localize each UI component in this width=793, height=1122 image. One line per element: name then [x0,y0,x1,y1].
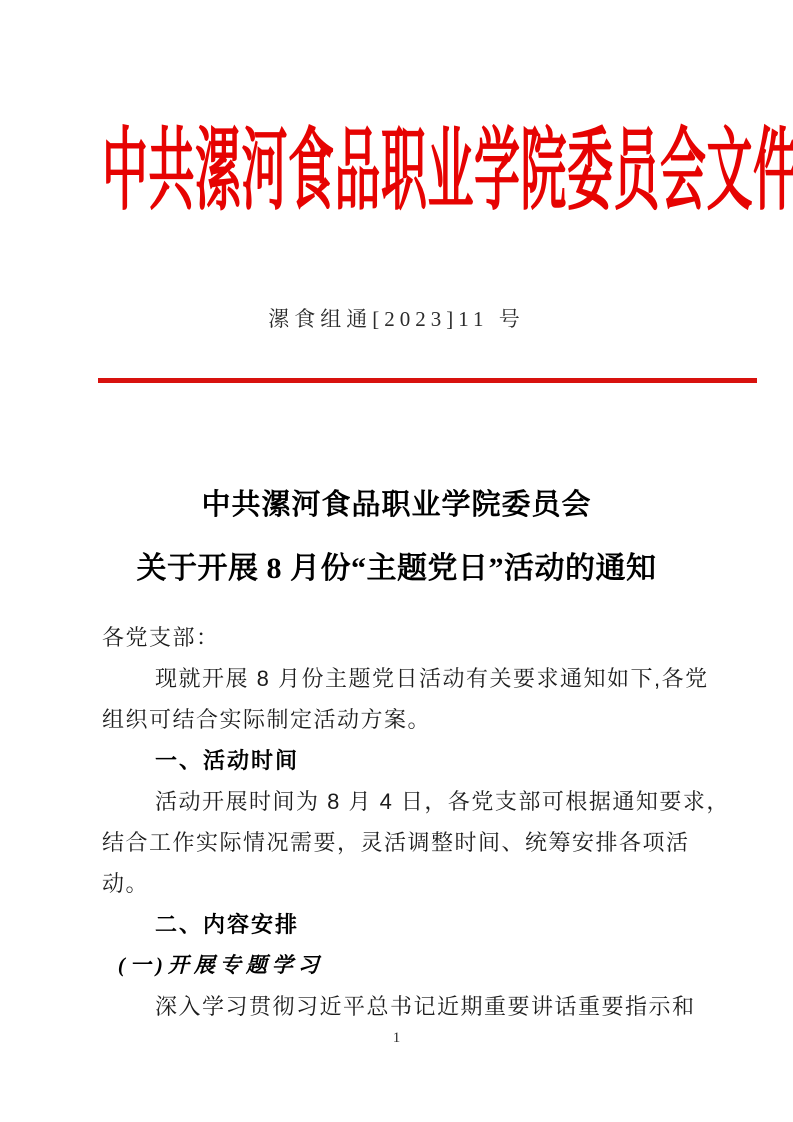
document-title-line2: 关于开展 8 月份“主题党日”活动的通知 [0,543,793,587]
document-page: 中共漯河食品职业学院委员会文件 漯食组通[2023]11 号 中共漯河食品职业学… [0,0,793,1122]
red-divider-rule [98,378,757,383]
body-line: 组织可结合实际制定活动方案。 [102,699,718,740]
body-line: (一)开展专题学习 [102,945,718,986]
document-title-line1: 中共漯河食品职业学院委员会 [0,482,793,523]
body-line: 二、内容安排 [102,904,718,945]
body-line: 活动开展时间为 8 月 4 日，各党支部可根据通知要求， [102,781,718,822]
body-line: 结合工作实际情况需要，灵活调整时间、统筹安排各项活 [102,822,718,863]
document-number: 漯食组通[2023]11 号 [0,303,793,333]
red-letterhead-banner: 中共漯河食品职业学院委员会文件 [102,127,760,217]
body-line: 深入学习贯彻习近平总书记近期重要讲话重要指示和 [102,986,718,1027]
body-line: 动。 [102,863,718,904]
body-line: 现就开展 8 月份主题党日活动有关要求通知如下,各党 [102,658,718,699]
body-line: 各党支部： [102,617,718,658]
page-number: 1 [0,1030,793,1047]
body-line: 一、活动时间 [102,740,718,781]
document-body: 各党支部：现就开展 8 月份主题党日活动有关要求通知如下,各党组织可结合实际制定… [102,617,718,1027]
